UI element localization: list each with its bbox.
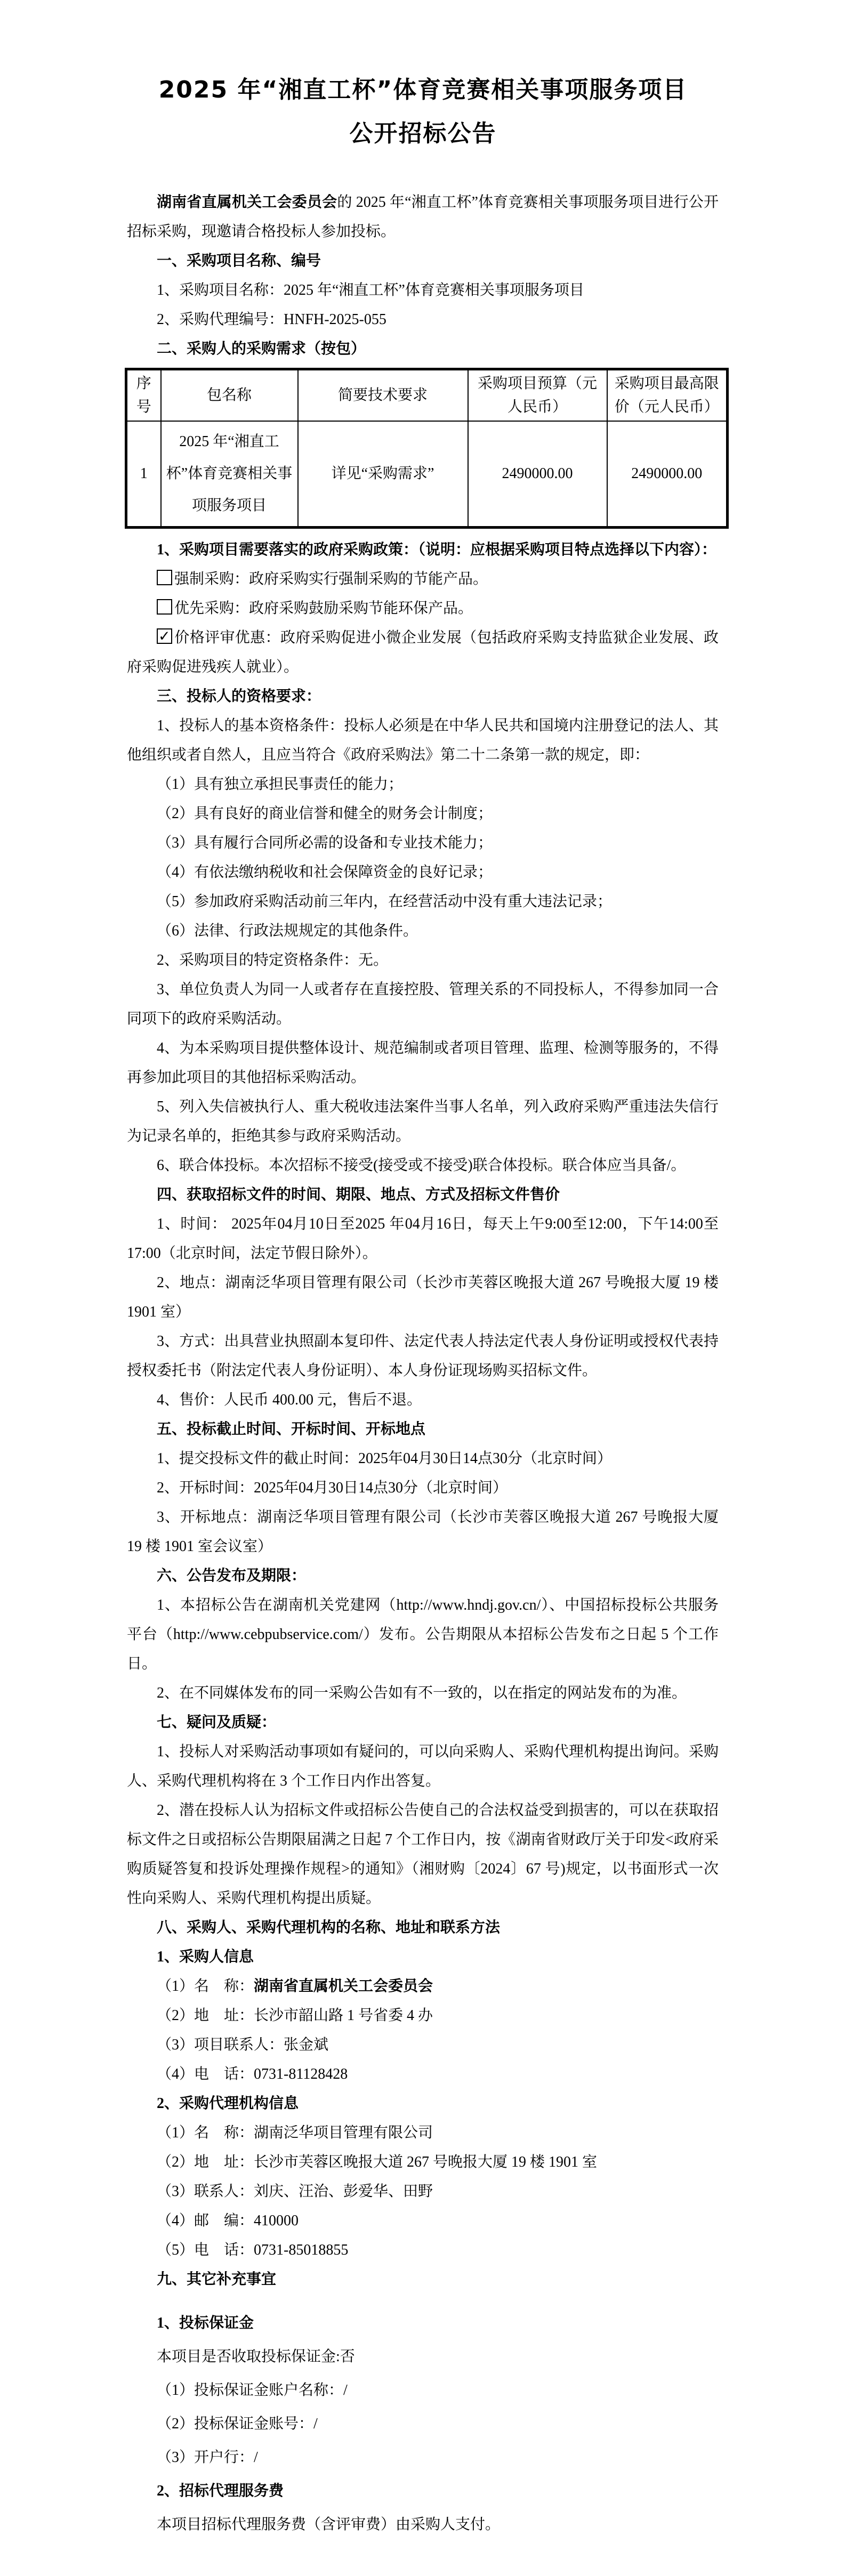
doc-obtain-item: 4、售价：人民币 400.00 元，售后不退。 <box>127 1385 719 1415</box>
inquiry-item: 2、潜在投标人认为招标文件或招标公告使自己的合法权益受到损害的，可以在获取招标文… <box>127 1796 719 1913</box>
section2-heading: 二、采购人的采购需求（按包） <box>127 334 719 364</box>
bid-bond-intro: 本项目是否收取投标保证金:否 <box>127 2342 719 2371</box>
inquiry-item: 1、投标人对采购活动事项如有疑问的，可以向采购人、采购代理机构提出询问。采购人、… <box>127 1737 719 1796</box>
bid-bond-item: （2）投标保证金账号：/ <box>127 2409 719 2438</box>
section7-heading: 七、疑问及质疑： <box>127 1708 719 1737</box>
policy-item-price-review: ✓价格评审优惠：政府采购促进小微企业发展（包括政府采购支持监狱企业发展、政府采购… <box>127 623 719 682</box>
section5-heading: 五、投标截止时间、开标时间、开标地点 <box>127 1415 719 1444</box>
publication-item: 2、在不同媒体发布的同一采购公告如有不一致的，以在指定的网站发布的为准。 <box>127 1678 719 1708</box>
cell-no: 1 <box>126 421 161 528</box>
agency-contact-item: （5）电 话：0731-85018855 <box>127 2235 719 2265</box>
title-line-1: 2025 年“湘直工杯”体育竞赛相关事项服务项目 <box>0 68 846 112</box>
section8-heading: 八、采购人、采购代理机构的名称、地址和联系方法 <box>127 1913 719 1942</box>
policy-item-label: 优先采购：政府采购鼓励采购节能环保产品。 <box>174 600 473 617</box>
qualification-item: 6、联合体投标。本次招标不接受(接受或不接受)联合体投标。联合体应当具备/。 <box>127 1151 719 1180</box>
announcement-page: 2025 年“湘直工杯”体育竞赛相关事项服务项目 公开招标公告 湖南省直属机关工… <box>0 0 846 2576</box>
purchaser-name-bold: 湖南省直属机关工会委员会 <box>157 194 337 211</box>
table-header-row: 序号 包名称 简要技术要求 采购项目预算（元人民币） 采购项目最高限价（元人民币… <box>126 369 728 422</box>
intro-paragraph: 湖南省直属机关工会委员会的 2025 年“湘直工杯”体育竞赛相关事项服务项目进行… <box>127 188 719 246</box>
policy-item-label: 价格评审优惠：政府采购促进小微企业发展（包括政府采购支持监狱企业发展、政府采购促… <box>127 629 719 675</box>
qualification-item: （4）有依法缴纳税收和社会保障资金的良好记录； <box>127 858 719 887</box>
table-row: 1 2025 年“湘直工杯”体育竞赛相关事项服务项目 详见“采购需求” 2490… <box>126 421 728 528</box>
bid-bond-heading: 1、投标保证金 <box>127 2308 719 2338</box>
qualification-item: 4、为本采购项目提供整体设计、规范编制或者项目管理、监理、检测等服务的，不得再参… <box>127 1033 719 1092</box>
purchaser-contact-item: （3）项目联系人：张金斌 <box>127 2030 719 2060</box>
bid-time-item: 3、开标地点：湖南泛华项目管理有限公司（长沙市芙蓉区晚报大道 267 号晚报大厦… <box>127 1503 719 1561</box>
policy-item-mandatory: 强制采购：政府采购实行强制采购的节能产品。 <box>127 564 719 594</box>
agency-contact-item: （3）联系人：刘庆、汪治、彭爱华、田野 <box>127 2177 719 2206</box>
procurement-package-table: 序号 包名称 简要技术要求 采购项目预算（元人民币） 采购项目最高限价（元人民币… <box>125 368 729 529</box>
purchaser-contact-item: （4）电 话：0731-81128428 <box>127 2060 719 2089</box>
bid-time-item: 2、开标时间：2025年04月30日14点30分（北京时间） <box>127 1473 719 1503</box>
doc-obtain-item: 2、地点：湖南泛华项目管理有限公司（长沙市芙蓉区晚报大道 267 号晚报大厦 1… <box>127 1268 719 1327</box>
qualification-item: （6）法律、行政法规规定的其他条件。 <box>127 916 719 946</box>
bid-bond-item: （3）开户行：/ <box>127 2443 719 2472</box>
document-title: 2025 年“湘直工杯”体育竞赛相关事项服务项目 公开招标公告 <box>0 0 846 156</box>
section9-heading: 九、其它补充事宜 <box>127 2265 719 2294</box>
checkbox-unchecked-icon <box>157 599 172 615</box>
doc-obtain-item: 3、方式：出具营业执照副本复印件、法定代表人持法定代表人身份证明或授权代表持授权… <box>127 1327 719 1385</box>
cell-package-name: 2025 年“湘直工杯”体育竞赛相关事项服务项目 <box>161 421 298 528</box>
purchaser-name-value: 湖南省直属机关工会委员会 <box>254 1978 433 1994</box>
purchaser-contact-item: （2）地 址：长沙市韶山路 1 号省委 4 办 <box>127 2001 719 2030</box>
col-header-budget: 采购项目预算（元人民币） <box>468 369 607 422</box>
publication-item: 1、本招标公告在湖南机关党建网（http://www.hndj.gov.cn/）… <box>127 1590 719 1678</box>
qualification-item: （1）具有独立承担民事责任的能力； <box>127 770 719 799</box>
cell-maxprice: 2490000.00 <box>607 421 728 528</box>
doc-obtain-item: 1、时间： 2025年04月10日至2025 年04月16日，每天上午9:00至… <box>127 1209 719 1268</box>
agency-fee-text: 本项目招标代理服务费（含评审费）由采购人支付。 <box>127 2510 719 2539</box>
col-header-package: 包名称 <box>161 369 298 422</box>
checkbox-checked-icon: ✓ <box>157 628 172 644</box>
section4-heading: 四、获取招标文件的时间、期限、地点、方式及招标文件售价 <box>127 1180 719 1209</box>
col-header-no: 序号 <box>126 369 161 422</box>
cell-budget: 2490000.00 <box>468 421 607 528</box>
cell-tech: 详见“采购需求” <box>298 421 468 528</box>
agency-number-item: 2、采购代理编号：HNFH-2025-055 <box>127 305 719 334</box>
purchaser-name-item: （1）名 称：湖南省直属机关工会委员会 <box>127 1972 719 2001</box>
bid-bond-item: （1）投标保证金账户名称：/ <box>127 2376 719 2405</box>
agency-fee-heading: 2、招标代理服务费 <box>127 2476 719 2506</box>
qualification-item: 5、列入失信被执行人、重大税收违法案件当事人名单，列入政府采购严重违法失信行为记… <box>127 1092 719 1151</box>
policy-heading: 1、采购项目需要落实的政府采购政策：（说明：应根据采购项目特点选择以下内容）： <box>127 535 719 564</box>
qualification-item: 3、单位负责人为同一人或者存在直接控股、管理关系的不同投标人，不得参加同一合同项… <box>127 975 719 1033</box>
section1-heading: 一、采购项目名称、编号 <box>127 246 719 276</box>
qualification-item: （5）参加政府采购活动前三年内，在经营活动中没有重大违法记录； <box>127 887 719 916</box>
agency-contact-item: （1）名 称：湖南泛华项目管理有限公司 <box>127 2118 719 2147</box>
section6-heading: 六、公告发布及期限： <box>127 1561 719 1590</box>
document-body: 湖南省直属机关工会委员会的 2025 年“湘直工杯”体育竞赛相关事项服务项目进行… <box>127 188 719 2539</box>
check-mark-icon: ✓ <box>158 629 171 643</box>
qualification-item: 1、投标人的基本资格条件：投标人必须是在中华人民共和国境内注册登记的法人、其他组… <box>127 711 719 770</box>
qualification-item: （2）具有良好的商业信誉和健全的财务会计制度； <box>127 799 719 828</box>
project-name-item: 1、采购项目名称：2025 年“湘直工杯”体育竞赛相关事项服务项目 <box>127 276 719 305</box>
agency-info-heading: 2、采购代理机构信息 <box>127 2089 719 2118</box>
title-line-2: 公开招标公告 <box>0 112 846 156</box>
purchaser-name-label: （1）名 称： <box>157 1978 254 1994</box>
agency-contact-item: （2）地 址：长沙市芙蓉区晚报大道 267 号晚报大厦 19 楼 1901 室 <box>127 2147 719 2177</box>
section3-heading: 三、投标人的资格要求： <box>127 682 719 711</box>
checkbox-unchecked-icon <box>157 570 172 585</box>
qualification-item: （3）具有履行合同所必需的设备和专业技术能力； <box>127 828 719 858</box>
policy-item-priority: 优先采购：政府采购鼓励采购节能环保产品。 <box>127 594 719 623</box>
purchaser-info-heading: 1、采购人信息 <box>127 1942 719 1972</box>
bid-time-item: 1、提交投标文件的截止时间：2025年04月30日14点30分（北京时间） <box>127 1444 719 1473</box>
col-header-maxprice: 采购项目最高限价（元人民币） <box>607 369 728 422</box>
agency-contact-item: （4）邮 编：410000 <box>127 2206 719 2235</box>
qualification-item: 2、采购项目的特定资格条件：无。 <box>127 946 719 975</box>
col-header-tech: 简要技术要求 <box>298 369 468 422</box>
policy-item-label: 强制采购：政府采购实行强制采购的节能产品。 <box>174 571 488 587</box>
